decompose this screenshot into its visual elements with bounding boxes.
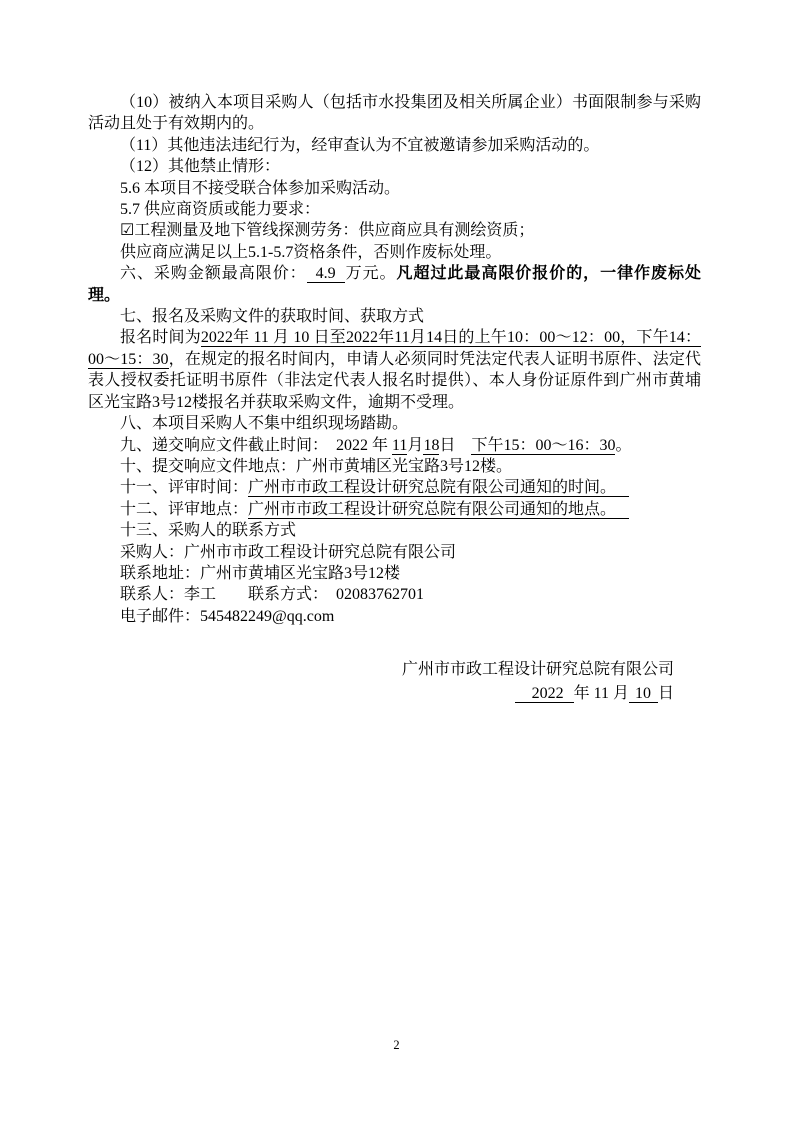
clause-5-7-qualification-heading: 5.7 供应商资质或能力要求： bbox=[88, 199, 701, 220]
deadline-time-range: 下午15：00～16：30 bbox=[471, 437, 615, 455]
clause-7-heading: 七、报名及采购文件的获取时间、获取方式 bbox=[88, 306, 701, 327]
clause-12-other-prohibitions: （12）其他禁止情形： bbox=[88, 156, 701, 177]
clause-5-6-no-consortium: 5.6 本项目不接受联合体参加采购活动。 bbox=[88, 178, 701, 199]
page-number: 2 bbox=[0, 1037, 793, 1053]
signature-block: 广州市市政工程设计研究总院有限公司 2022年 11 月10日 bbox=[88, 658, 701, 706]
signature-date: 2022年 11 月10日 bbox=[88, 682, 674, 706]
checked-checkbox-icon: ☑ bbox=[120, 222, 134, 239]
clause-7-registration-body: 报名时间为2022年 11 月 10 日至2022年11月14日的上午10：00… bbox=[88, 327, 701, 413]
review-location-label: 十二、评审地点： bbox=[120, 501, 248, 518]
qualification-note: 供应商应满足以上5.1-5.7资格条件，否则作废标处理。 bbox=[88, 242, 701, 263]
clause-11-review-time: 十一、评审时间：广州市市政工程设计研究总院有限公司通知的时间。 bbox=[88, 477, 701, 498]
deadline-day-char: 日 bbox=[439, 437, 471, 454]
review-time-label: 十一、评审时间： bbox=[120, 479, 248, 496]
price-limit-value: 4.9 bbox=[307, 265, 345, 283]
qualification-requirement-text: 工程测量及地下管线探测劳务：供应商应具有测绘资质； bbox=[134, 222, 534, 239]
clause-6-price-limit: 六、采购金额最高限价：4.9万元。凡超过此最高限价报价的，一律作废标处理。 bbox=[88, 263, 701, 306]
signature-company: 广州市市政工程设计研究总院有限公司 bbox=[88, 658, 674, 682]
contact-purchaser: 采购人：广州市市政工程设计研究总院有限公司 bbox=[88, 542, 701, 563]
deadline-label: 九、递交响应文件截止时间： 2022 年 bbox=[120, 437, 392, 454]
contact-email: 电子邮件：545482249@qq.com bbox=[88, 606, 701, 627]
review-time-value: 广州市市政工程设计研究总院有限公司通知的时间。 bbox=[248, 479, 629, 497]
contact-person-phone: 联系人：李工 联系方式： 02083762701 bbox=[88, 584, 701, 605]
review-location-value: 广州市市政工程设计研究总院有限公司通知的地点。 bbox=[248, 501, 629, 519]
registration-instructions: ，在规定的报名时间内，申请人必须同时凭法定代表人证明书原件、法定代表人授权委托证… bbox=[88, 351, 701, 411]
registration-intro: 报名时间为 bbox=[120, 329, 201, 346]
document-page: （10）被纳入本项目采购人（包括市水投集团及相关所属企业）书面限制参与采购活动且… bbox=[0, 0, 793, 1122]
price-limit-label: 六、采购金额最高限价： bbox=[120, 265, 307, 282]
clause-11-other-violations: （11）其他违法违纪行为，经审查认为不宜被邀请参加采购活动的。 bbox=[88, 135, 701, 156]
deadline-month-char: 月 bbox=[407, 437, 423, 454]
signature-day-char: 日 bbox=[658, 685, 674, 702]
clause-12-review-location: 十二、评审地点：广州市市政工程设计研究总院有限公司通知的地点。 bbox=[88, 499, 701, 520]
clause-10-submission-location: 十、提交响应文件地点：广州市黄埔区光宝路3号12楼。 bbox=[88, 456, 701, 477]
clause-9-submission-deadline: 九、递交响应文件截止时间： 2022 年 11月18日 下午15：00～16：3… bbox=[88, 435, 701, 456]
qualification-requirement-line: ☑工程测量及地下管线探测劳务：供应商应具有测绘资质； bbox=[88, 220, 701, 241]
signature-year: 2022 bbox=[515, 685, 574, 703]
deadline-day: 18 bbox=[423, 437, 439, 455]
contact-address: 联系地址：广州市黄埔区光宝路3号12楼 bbox=[88, 563, 701, 584]
price-limit-unit: 万元。 bbox=[345, 265, 397, 282]
document-body: （10）被纳入本项目采购人（包括市水投集团及相关所属企业）书面限制参与采购活动且… bbox=[88, 92, 701, 706]
deadline-month: 11 bbox=[392, 437, 407, 455]
clause-10-restricted-suppliers: （10）被纳入本项目采购人（包括市水投集团及相关所属企业）书面限制参与采购活动且… bbox=[88, 92, 701, 135]
signature-day: 10 bbox=[629, 685, 658, 703]
clause-8-no-site-visit: 八、本项目采购人不集中组织现场踏勘。 bbox=[88, 413, 701, 434]
signature-month: 年 11 月 bbox=[574, 685, 629, 702]
deadline-period-mark: 。 bbox=[615, 437, 631, 454]
clause-13-contact-heading: 十三、采购人的联系方式 bbox=[88, 520, 701, 541]
